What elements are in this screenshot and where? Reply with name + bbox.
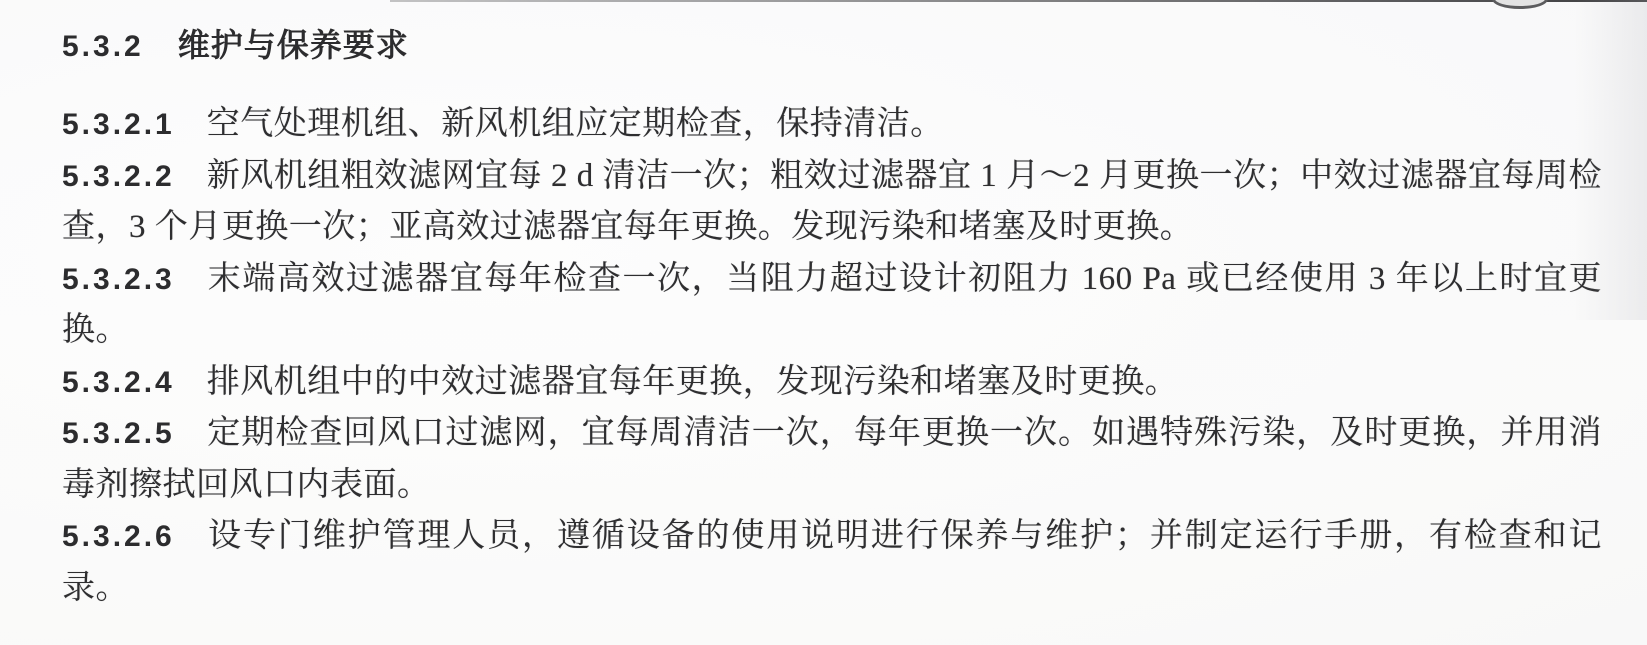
clause-text: 排风机组中的中效过滤器宜每年更换，发现污染和堵塞及时更换。 (207, 364, 1179, 400)
clause-number: 5.3.2.4 (62, 366, 175, 399)
clause-number: 5.3.2.2 (62, 160, 175, 193)
scan-artifact-top-line (390, 0, 1647, 2)
section-title: 维护与保养要求 (178, 27, 409, 63)
clause-text: 定期检查回风口过滤网，宜每周清洁一次，每年更换一次。如遇特殊污染，及时更换，并用… (62, 415, 1602, 503)
clause-number: 5.3.2.1 (62, 108, 175, 141)
clause-5326: 5.3.2.6设专门维护管理人员，遵循设备的使用说明进行保养与维护；并制定运行手… (62, 511, 1602, 614)
clause-text: 空气处理机组、新风机组应定期检查，保持清洁。 (207, 106, 944, 142)
clause-5323: 5.3.2.3末端高效过滤器宜每年检查一次，当阻力超过设计初阻力 160 Pa … (62, 254, 1602, 357)
clause-5324: 5.3.2.4排风机组中的中效过滤器宜每年更换，发现污染和堵塞及时更换。 (62, 357, 1602, 409)
clause-5325: 5.3.2.5定期检查回风口过滤网，宜每周清洁一次，每年更换一次。如遇特殊污染，… (62, 408, 1602, 511)
section-number: 5.3.2 (62, 30, 144, 63)
clause-text: 末端高效过滤器宜每年检查一次，当阻力超过设计初阻力 160 Pa 或已经使用 3… (62, 261, 1602, 349)
clause-number: 5.3.2.5 (62, 417, 175, 450)
clause-text: 设专门维护管理人员，遵循设备的使用说明进行保养与维护；并制定运行手册，有检查和记… (62, 518, 1602, 606)
section-heading: 5.3.2维护与保养要求 (62, 20, 1602, 72)
clause-text: 新风机组粗效滤网宜每 2 d 清洁一次；粗效过滤器宜 1 月～2 月更换一次；中… (62, 158, 1602, 246)
clause-5321: 5.3.2.1空气处理机组、新风机组应定期检查，保持清洁。 (62, 99, 1602, 151)
clause-5322: 5.3.2.2新风机组粗效滤网宜每 2 d 清洁一次；粗效过滤器宜 1 月～2 … (62, 151, 1602, 254)
scan-artifact-blob (1492, 0, 1548, 9)
clause-number: 5.3.2.6 (62, 520, 175, 553)
clause-number: 5.3.2.3 (62, 263, 175, 296)
scanned-document-page: 5.3.2维护与保养要求 5.3.2.1空气处理机组、新风机组应定期检查，保持清… (0, 0, 1647, 645)
